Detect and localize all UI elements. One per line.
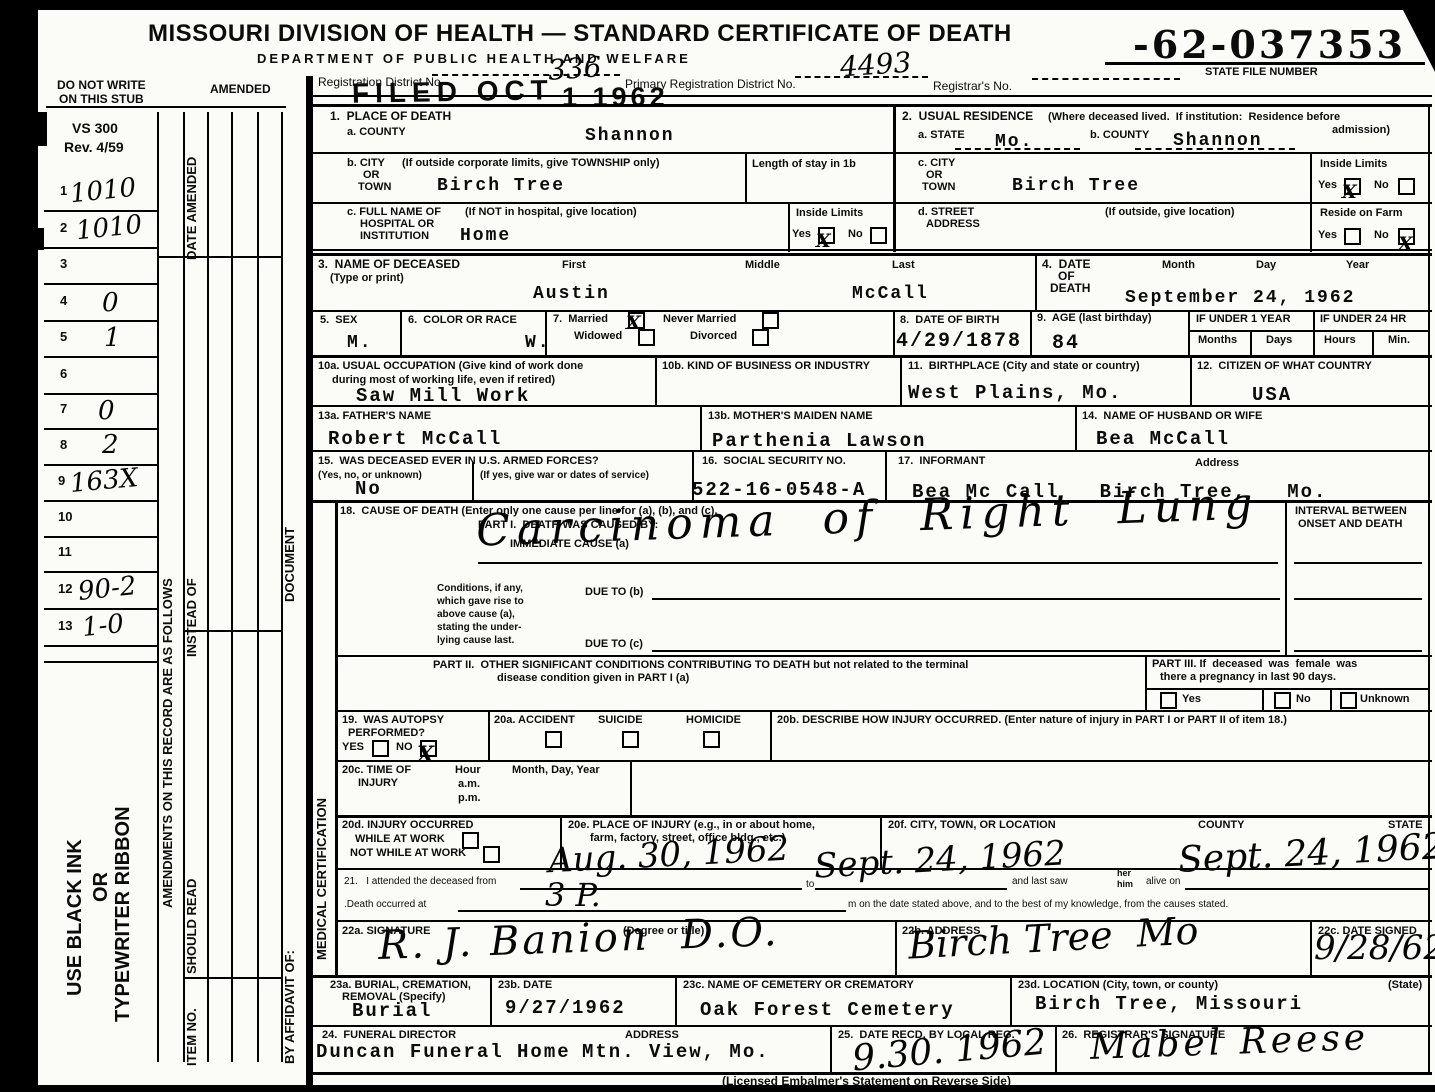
rule [815, 888, 1007, 890]
pregnancy-no-label: No [1296, 693, 1311, 706]
injury-county-label: COUNTY [1198, 819, 1244, 832]
widowed-checkbox [638, 329, 655, 346]
days-label: Days [1266, 334, 1292, 347]
rule [183, 977, 283, 979]
attended-from-value: Aug. 30, 1962 [547, 829, 790, 882]
mother-name-value: Parthenia Lawson [712, 430, 926, 452]
divorced-checkbox [752, 329, 769, 346]
time-of-injury-label-1: 20c. TIME OF [342, 764, 411, 777]
accident-label: 20a. ACCIDENT [494, 714, 575, 727]
race-value: W. [525, 333, 551, 353]
place-of-death-title: 1. PLACE OF DEATH [330, 110, 451, 124]
date-of-birth-value: 4/29/1878 [896, 330, 1022, 353]
rule [1294, 650, 1422, 652]
hospital-label-3: INSTITUTION [360, 230, 429, 243]
rule [630, 760, 632, 815]
street-address-note: (If outside, give location) [1105, 206, 1235, 219]
rule [745, 152, 747, 202]
immediate-cause-value: Carcinoma of Right Lung [475, 478, 1260, 556]
residence-title: 2. USUAL RESIDENCE [902, 110, 1033, 124]
farm-no: No [1374, 229, 1389, 242]
burial-label-1: 23a. BURIAL, CREMATION, [330, 979, 471, 992]
not-while-at-work-label: NOT WHILE AT WORK [350, 847, 466, 860]
burial-location-label: 23d. LOCATION (City, town, or county) [1018, 979, 1218, 992]
armed-forces-value: No [355, 478, 382, 500]
stub-row-value: 1 [104, 323, 121, 353]
stub-row-number: 4 [60, 294, 67, 309]
hour-label: Hour [455, 764, 481, 777]
residence-inside-no-checkbox [1398, 178, 1415, 195]
part-3-label: PART III. If deceased was female was [1152, 658, 1357, 671]
rule [44, 393, 158, 395]
funeral-address-label: ADDRESS [625, 1029, 679, 1042]
suicide-label: SUICIDE [598, 714, 643, 727]
last-saw-label: and last saw [1012, 876, 1068, 888]
rule [1145, 688, 1428, 690]
rule [1075, 405, 1077, 450]
citizen-label: 12. CITIZEN OF WHAT COUNTRY [1197, 360, 1372, 373]
rule [1185, 888, 1428, 890]
state-file-number: -62-037353 [1133, 22, 1406, 67]
date-of-death-value: September 24, 1962 [1125, 288, 1355, 308]
rule [1285, 500, 1287, 655]
rule [157, 256, 283, 258]
rule [335, 655, 1432, 657]
reside-on-farm-label: Reside on Farm [1320, 207, 1403, 220]
conditions-note-4: stating the under- [437, 622, 521, 634]
use-black-ink-note: USE BLACK INK [64, 786, 87, 996]
injury-city-label: 20f. CITY, TOWN, OR LOCATION [888, 819, 1056, 832]
rule [893, 104, 896, 252]
registrar-no-label: Registrar's No. [933, 80, 1012, 94]
hospital-note: (If NOT in hospital, give location) [465, 206, 637, 219]
rule [1035, 253, 1037, 310]
rule [44, 608, 158, 610]
hospital-label-2: HOSPITAL OR [360, 218, 434, 231]
residence-city-town: TOWN [922, 181, 955, 194]
last-name-value: McCall [852, 284, 929, 304]
autopsy-yes-checkbox [372, 740, 389, 757]
rule [44, 320, 158, 322]
rule [44, 571, 158, 573]
pregnancy-unknown-label: Unknown [1360, 693, 1410, 706]
amended-label: AMENDED [210, 83, 271, 97]
rule [312, 95, 1432, 97]
hours-label: Hours [1324, 334, 1356, 347]
rule [46, 106, 286, 108]
rule [335, 760, 1432, 762]
rule [1145, 655, 1147, 710]
autopsy-yes-label: YES [342, 741, 364, 754]
rule [1188, 310, 1190, 355]
not-while-at-work-checkbox [483, 846, 500, 863]
first-name-value: Austin [533, 284, 610, 304]
rule [312, 249, 1432, 251]
informant-label: 17. INFORMANT [898, 455, 985, 468]
father-name-value: Robert McCall [328, 428, 502, 450]
certificate-title: MISSOURI DIVISION OF HEALTH — STANDARD C… [148, 20, 1012, 48]
state-note-label: (State) [1388, 979, 1422, 992]
inside-limits-no: No [848, 228, 863, 241]
rule [652, 650, 1280, 652]
rule [44, 536, 158, 538]
rule [1190, 355, 1192, 405]
pregnancy-no-checkbox [1274, 692, 1291, 709]
do-not-write-label-2: ON THIS STUB [59, 93, 144, 107]
scan-edge-bottom [0, 1085, 1435, 1092]
street-address-label: d. STREET [918, 206, 974, 219]
armed-forces-note-2: (If yes, give war or dates of service) [480, 470, 649, 482]
rule [472, 462, 474, 500]
mother-name-label: 13b. MOTHER'S MAIDEN NAME [708, 410, 873, 423]
physician-signature-value: R. J. Banion D.O. [377, 909, 780, 969]
residence-note-2: admission) [1332, 124, 1390, 137]
citizen-value: USA [1252, 384, 1292, 406]
race-label: 6. COLOR OR RACE [408, 314, 517, 327]
rule [44, 210, 158, 212]
rule [400, 310, 402, 355]
pregnancy-unknown-checkbox [1340, 692, 1357, 709]
part-2-label-2: disease condition given in PART I (a) [497, 672, 689, 685]
date-signed-value: 9/28/62 [1314, 928, 1435, 968]
inside-limits-no-checkbox [870, 227, 887, 244]
rule [830, 1025, 832, 1072]
rule [1294, 562, 1422, 564]
month-day-year-label: Month, Day, Year [512, 764, 600, 777]
spouse-label: 14. NAME OF HUSBAND OR WIFE [1082, 410, 1262, 423]
stub-row-number: 13 [58, 619, 72, 634]
last-alive-value: Sept. 24, 1962 [1177, 826, 1435, 881]
rule [700, 405, 702, 450]
birthplace-label: 11. BIRTHPLACE (City and state or countr… [908, 360, 1140, 373]
year-label: Year [1346, 259, 1369, 272]
him-label: him [1117, 879, 1133, 889]
rule [44, 500, 158, 502]
stub-row-number: 5 [60, 330, 67, 345]
rule [458, 910, 846, 912]
rule [1372, 330, 1374, 355]
rule [675, 975, 677, 1025]
stub-row-value: 90-2 [77, 571, 138, 607]
accident-checkbox [545, 731, 562, 748]
rule [770, 710, 772, 760]
occupation-label: 10a. USUAL OCCUPATION (Give kind of work… [318, 360, 583, 373]
document-column: DOCUMENT [282, 502, 297, 602]
pregnancy-yes-checkbox [1160, 692, 1177, 709]
married-label: 7. Married [553, 313, 608, 326]
homicide-label: HOMICIDE [686, 714, 741, 727]
rule [1294, 598, 1422, 600]
rule [1428, 104, 1430, 1072]
rule [488, 710, 490, 760]
primary-district-value: 4493 [839, 46, 912, 84]
rule [312, 152, 1432, 154]
stub-row-number: 9 [58, 474, 65, 489]
interval-label-1: INTERVAL BETWEEN [1295, 505, 1407, 518]
rule [478, 562, 1278, 564]
form-revision: Rev. 4/59 [64, 139, 124, 155]
rule [895, 920, 897, 975]
burial-date-label: 23b. DATE [498, 979, 552, 992]
month-label: Month [1162, 259, 1195, 272]
rule [312, 202, 1432, 204]
due-to-c-label: DUE TO (c) [585, 638, 643, 651]
spouse-value: Bea McCall [1096, 428, 1230, 450]
cemetery-value: Oak Forest Cemetery [700, 999, 955, 1021]
date-of-death-death: DEATH [1050, 282, 1090, 296]
part-3-label-2: there a pregnancy in last 90 days. [1160, 671, 1336, 684]
time-of-injury-label-2: INJURY [358, 777, 398, 790]
filed-stamp-date: 1 1962 [562, 82, 669, 113]
pm-label: p.m. [458, 792, 481, 805]
stub-row-number: 7 [60, 402, 67, 417]
city-label-or: OR [363, 169, 380, 182]
stub-row-value: 0 [98, 396, 115, 426]
inside-limits-yes: Yes [792, 228, 811, 241]
birthplace-value: West Plains, Mo. [908, 382, 1122, 404]
instead-of-column: INSTEAD OF [184, 542, 199, 657]
never-married-checkbox [762, 312, 779, 329]
rule [1262, 688, 1264, 710]
department-subtitle: DEPARTMENT OF PUBLIC HEALTH AND WELFARE [257, 52, 691, 67]
residence-county-label: b. COUNTY [1090, 129, 1149, 142]
sex-label: 5. SEX [320, 314, 357, 327]
rule [1105, 62, 1425, 65]
rule [312, 253, 1432, 256]
due-to-b-label: DUE TO (b) [585, 586, 643, 599]
middle-label: Middle [745, 259, 780, 272]
armed-forces-label: 15. WAS DECEASED EVER IN U.S. ARMED FORC… [318, 455, 599, 468]
rule [157, 112, 159, 1062]
residence-note: (Where deceased lived. If institution: R… [1048, 111, 1340, 124]
conditions-note-3: above cause (a), [437, 609, 515, 621]
rule [893, 310, 895, 355]
rule [44, 645, 158, 647]
stub-row-value: 2 [102, 430, 119, 460]
rule [1310, 152, 1312, 252]
residence-inside-limits-label: Inside Limits [1320, 158, 1387, 171]
conditions-note-1: Conditions, if any, [437, 583, 523, 595]
father-name-label: 13a. FATHER'S NAME [318, 410, 431, 423]
age-label: 9. AGE (last birthday) [1037, 312, 1152, 325]
burial-location-value: Birch Tree, Missouri [1035, 993, 1303, 1015]
rule [312, 355, 1432, 358]
first-label: First [562, 259, 586, 272]
stub-row-number: 2 [60, 221, 67, 236]
sex-value: M. [347, 333, 373, 353]
date-amended-column: DATE AMENDED [184, 128, 199, 260]
x-mark: X [1398, 233, 1413, 255]
residence-state-label: a. STATE [918, 129, 965, 142]
widowed-label: Widowed [574, 330, 622, 343]
injury-occurred-label: 20d. INJURY OCCURRED [342, 819, 473, 832]
county-label: a. COUNTY [347, 126, 406, 139]
rule [1250, 330, 1252, 355]
stub-row-number: 6 [60, 367, 67, 382]
while-at-work-label: WHILE AT WORK [355, 833, 445, 846]
rule [1055, 1025, 1057, 1072]
rule [44, 283, 158, 285]
should-read-column: SHOULD READ [184, 846, 199, 974]
am-label: a.m. [458, 778, 480, 791]
rule [335, 710, 1432, 712]
amendments-note: AMENDMENTS ON THIS RECORD ARE AS FOLLOWS [160, 368, 175, 908]
stub-row-value: 1010 [75, 210, 144, 247]
cemetery-label: 23c. NAME OF CEMETERY OR CREMATORY [683, 979, 914, 992]
stub-row-value: 163X [69, 463, 139, 499]
burial-date-value: 9/27/1962 [505, 997, 626, 1019]
stub-row-number: 1 [60, 184, 67, 199]
if-under-1-year-label: IF UNDER 1 YEAR [1196, 313, 1291, 326]
suicide-checkbox [622, 731, 639, 748]
state-file-number-label: STATE FILE NUMBER [1205, 66, 1318, 79]
rule [312, 975, 1432, 978]
type-or-print-note: (Type or print) [330, 272, 404, 285]
residence-city-value: Birch Tree [1012, 176, 1140, 196]
attended-label: 21. I attended the deceased from [344, 876, 496, 888]
rule [655, 355, 657, 405]
death-certificate-scan: MISSOURI DIVISION OF HEALTH — STANDARD C… [0, 0, 1435, 1092]
never-married-label: Never Married [663, 313, 736, 326]
conditions-note-5: lying cause last. [437, 635, 514, 647]
city-value: Birch Tree [437, 176, 565, 196]
date-of-birth-label: 8. DATE OF BIRTH [900, 314, 999, 327]
stub-row-number: 12 [58, 582, 72, 597]
residence-city-or: OR [926, 169, 943, 182]
rule [788, 202, 790, 252]
funeral-address-value: Mtn. View, Mo. [582, 1041, 770, 1063]
stub-row-number: 10 [58, 510, 72, 525]
stub-row-number: 3 [60, 257, 67, 272]
x-mark: X [417, 742, 434, 768]
rule [490, 975, 492, 1025]
rule [1135, 148, 1295, 150]
length-of-stay-label: Length of stay in 1b [752, 158, 856, 171]
rule [312, 104, 1432, 107]
item-no-column: ITEM NO. [184, 986, 199, 1066]
scan-edge-top [0, 0, 1435, 10]
city-note: (If outside corporate limits, give TOWNS… [402, 157, 660, 170]
ssn-label: 16. SOCIAL SECURITY NO. [702, 455, 846, 468]
day-label: Day [1256, 259, 1276, 272]
residence-inside-no: No [1374, 179, 1389, 192]
form-number: VS 300 [72, 120, 118, 136]
pregnancy-yes-label: Yes [1182, 693, 1201, 706]
signature-address-value: Birch Tree Mo [907, 908, 1199, 967]
hospital-label: c. FULL NAME OF [347, 206, 441, 219]
homicide-checkbox [703, 731, 720, 748]
do-not-write-label: DO NOT WRITE [57, 79, 146, 93]
rule [44, 661, 158, 663]
x-mark: X [816, 230, 831, 252]
city-label-town: TOWN [358, 181, 391, 194]
min-label: Min. [1388, 334, 1410, 347]
city-label: b. CITY [347, 157, 385, 170]
autopsy-no-label: NO [396, 741, 413, 754]
rule [1188, 330, 1428, 332]
registrar-signature-value: Mabel Reese [1089, 1017, 1369, 1068]
embalmer-footer-note: (Licensed Embalmer's Statement on Revers… [722, 1075, 1011, 1089]
funeral-director-value: Duncan Funeral Home [316, 1041, 571, 1063]
conditions-note-2: which gave rise to [437, 596, 524, 608]
use-black-ink-note-3: TYPEWRITER RIBBON [112, 760, 135, 1022]
x-mark: X [1342, 181, 1357, 203]
funeral-director-label: 24. FUNERAL DIRECTOR [322, 1029, 456, 1042]
rule [1030, 310, 1032, 355]
rule [44, 356, 158, 358]
use-black-ink-note-2: OR [90, 858, 113, 902]
describe-injury-label: 20b. DESCRIBE HOW INJURY OCCURRED. (Ente… [777, 714, 1287, 727]
by-affidavit-column: BY AFFIDAVIT OF: [282, 892, 297, 1064]
stub-row-number: 8 [60, 438, 67, 453]
occupation-value: Saw Mill Work [356, 385, 530, 407]
attended-to-label: to [806, 879, 814, 891]
rule [312, 310, 1432, 312]
rule [1010, 975, 1012, 1025]
rule [900, 355, 902, 405]
if-under-24hr-label: IF UNDER 24 HR [1320, 313, 1406, 326]
inside-limits-label: Inside Limits [796, 207, 863, 220]
street-address-label-2: ADDRESS [926, 218, 980, 231]
stub-row-number: 11 [58, 545, 72, 560]
residence-inside-yes: Yes [1318, 179, 1337, 192]
rule [207, 112, 209, 1062]
hospital-value: Home [460, 226, 511, 246]
rule [257, 112, 259, 1062]
farm-yes: Yes [1318, 229, 1337, 242]
age-value: 84 [1052, 332, 1080, 355]
interval-label-2: ONSET AND DEATH [1298, 518, 1403, 531]
alive-on-label: alive on [1146, 876, 1180, 888]
her-label: her [1117, 868, 1131, 878]
rule [955, 148, 1080, 150]
farm-yes-checkbox [1344, 228, 1361, 245]
rule [1310, 920, 1312, 975]
rule [335, 500, 338, 975]
scan-blot [38, 112, 47, 146]
rule [44, 247, 158, 249]
burial-value: Burial [352, 1000, 432, 1022]
stub-row-value: 1-0 [81, 609, 126, 643]
autopsy-label-2: PERFORMED? [348, 727, 425, 740]
death-occurred-label: .Death occurred at [344, 899, 426, 911]
autopsy-label-1: 19. WAS AUTOPSY [342, 714, 444, 727]
rule [231, 112, 233, 1062]
stub-row-value: 1010 [69, 173, 138, 210]
last-label: Last [892, 259, 915, 272]
rule [1032, 78, 1180, 80]
death-time-value: 3 P. [545, 876, 601, 914]
rule [1330, 688, 1332, 710]
stub-row-value: 0 [102, 288, 119, 318]
deceased-name-title: 3. NAME OF DECEASED [318, 258, 460, 272]
scan-edge-left [0, 0, 38, 1092]
county-value: Shannon [585, 126, 675, 146]
rule [1313, 310, 1315, 355]
rule [44, 428, 158, 430]
divorced-label: Divorced [690, 330, 737, 343]
form-left-border [306, 76, 313, 1086]
rule [335, 815, 1432, 818]
industry-label: 10b. KIND OF BUSINESS OR INDUSTRY [662, 360, 870, 373]
residence-city-label: c. CITY [918, 157, 955, 170]
rule [652, 598, 1280, 600]
informant-address-label: Address [1195, 457, 1239, 470]
part-2-label: PART II. OTHER SIGNIFICANT CONDITIONS CO… [433, 659, 968, 672]
medical-certification-label: MEDICAL CERTIFICATION [314, 648, 329, 960]
months-label: Months [1198, 334, 1237, 347]
